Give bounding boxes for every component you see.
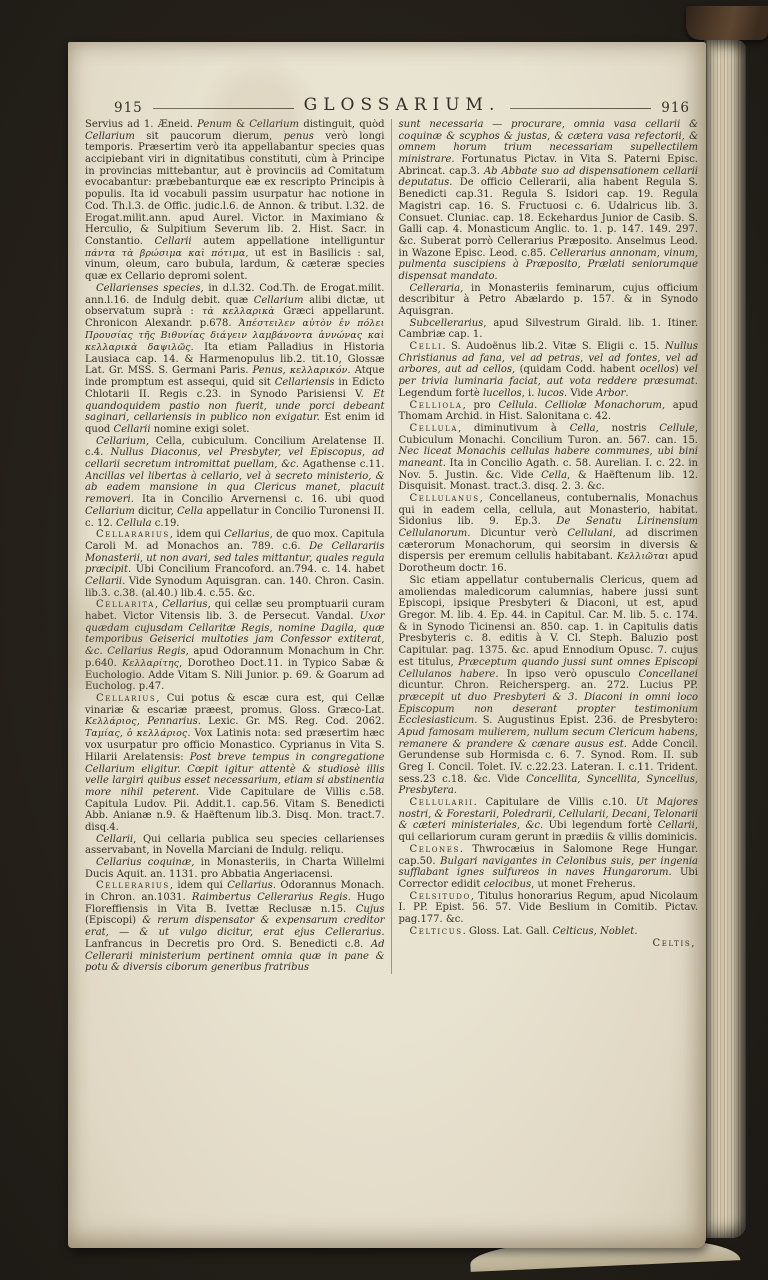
text-run: Cellerarius — [96, 880, 170, 891]
page-number-left: 915 — [114, 100, 143, 116]
text-run: Celli — [410, 341, 443, 352]
text-run: τὰ κελλαρικὰ — [202, 306, 275, 317]
text-run: Cellarius — [227, 880, 272, 891]
text-block: Servius ad 1. Æneid. Penum & Cellarium d… — [68, 117, 706, 974]
text-run: Sic etiam appellatur contubernalis Cleri… — [399, 575, 699, 668]
paragraph: Celliola, pro Cellula. Celliolæ Monachor… — [399, 400, 699, 423]
text-run: Bulgari navigantes in Celonibus suis, pe… — [399, 856, 699, 879]
text-run: Raimbertus Cellerarius Regis. — [192, 892, 351, 903]
text-run: Cella — [570, 423, 596, 434]
text-run: De officio Cellerarii, alia habent Regul… — [399, 177, 699, 258]
text-run: Cellulani — [567, 528, 612, 539]
text-run: , nostris — [596, 423, 660, 434]
paragraph: Sic etiam appellatur contubernalis Cleri… — [399, 575, 699, 797]
paragraph: Cellulanus, Concellaneus, contubernalis,… — [399, 493, 699, 575]
paragraph: Cellarius, Cui potus & escæ cura est, qu… — [85, 693, 385, 834]
text-run: , idem qui — [170, 880, 227, 891]
text-run: Concellanei — [638, 669, 698, 680]
text-run: Ubi legendum fortè — [543, 820, 658, 831]
text-run: dicuntur. Chron. Reichersperg. an. 272. … — [399, 680, 699, 691]
text-run: Cellularii — [410, 797, 474, 808]
text-run: , idem qui — [170, 529, 224, 540]
paragraph: Celsitudo, Titulus honorarius Regum, apu… — [399, 891, 699, 926]
text-run: S. Augustinus Epist. 236. de Presbytero: — [477, 715, 698, 726]
book-scan: 915 GLOSSARIUM. 916 Servius ad 1. Æneid.… — [0, 0, 768, 1280]
text-run: dicitur, — [135, 506, 177, 517]
text-run: Lexic. Gr. MS. Reg. Cod. 2062. — [201, 716, 385, 727]
text-run: Cellararius — [96, 529, 170, 540]
page-title: GLOSSARIUM. — [304, 95, 501, 115]
text-run: celocibus — [484, 879, 532, 890]
text-run: Celsitudo — [410, 891, 471, 902]
paragraph: Cellarienses species, in d.l.32. Cod.Th.… — [85, 283, 385, 436]
book-page: 915 GLOSSARIUM. 916 Servius ad 1. Æneid.… — [68, 42, 706, 1248]
text-run: Celticus, Noblet. — [553, 926, 638, 937]
text-run: ) — [675, 364, 683, 375]
text-run: . Capitulare de Villis c.10. — [474, 797, 636, 808]
text-run: . S. Audoënus lib.2. Vitæ S. Eligii c. 1… — [442, 341, 665, 352]
text-run: In ipso verò opusculo — [499, 669, 639, 680]
text-run: penus — [284, 131, 314, 142]
text-run: . — [625, 388, 628, 399]
text-run: Servius ad 1. Æneid. — [85, 119, 197, 130]
text-run: , i. — [522, 388, 538, 399]
paragraph: Cellarita, Cellarius, qui cellæ seu prom… — [85, 599, 385, 693]
text-run: nomine exigi solet. — [151, 424, 250, 435]
text-run: . Gloss. Lat. Gall. — [463, 926, 553, 937]
text-run: Penum — [197, 119, 232, 130]
text-run: Ubi Concilium Francoford. an.794. c. 14.… — [131, 564, 384, 575]
text-run: . Vide Synodum Aquisgran. can. 140. Chro… — [85, 576, 385, 599]
text-run: Cella — [177, 506, 203, 517]
paragraph: Celones. Thwrocæius in Salomone Rege Hun… — [399, 844, 699, 891]
text-run: lucos — [538, 388, 564, 399]
text-run: Cellarius — [96, 693, 156, 704]
text-run: Legendum fortè — [399, 388, 483, 399]
text-run: Κελλαρίτης — [122, 658, 179, 669]
text-run: , — [137, 716, 147, 727]
text-run: Dicuntur verò — [470, 528, 567, 539]
paragraph: Celleraria, in Monasteriis feminarum, cu… — [399, 283, 699, 318]
text-run: Ταμίας, ὁ κελλάριος. — [85, 728, 191, 739]
text-run: Penus — [252, 365, 282, 376]
text-run: Cellarii — [96, 834, 133, 845]
text-run: Arbor — [596, 388, 625, 399]
text-run: , pro — [463, 400, 499, 411]
text-run: c.19. — [152, 518, 180, 529]
text-run: Cellule — [659, 423, 695, 434]
paragraph: Servius ad 1. Æneid. Penum & Cellarium d… — [85, 119, 385, 283]
paragraph: Cellarius coquinæ, in Monasteriis, in Ch… — [85, 857, 385, 880]
text-run: , ut monet Freherus. — [531, 879, 636, 890]
text-run: Agathense c.11. — [299, 459, 385, 470]
text-run: Celones — [410, 844, 460, 855]
paragraph: Cellarium, Cella, cubiculum. Concilium A… — [85, 436, 385, 530]
paragraph: Celticus. Gloss. Lat. Gall. Celticus, No… — [399, 926, 699, 938]
text-run: Cellula — [116, 518, 152, 529]
text-run: Celticus — [410, 926, 463, 937]
text-run: (quidam Codd. habent — [515, 364, 640, 375]
text-run: , diminutivum à — [458, 423, 570, 434]
paragraph: Celli. S. Audoënus lib.2. Vitæ S. Eligii… — [399, 341, 699, 399]
text-run: Cellarita — [96, 599, 155, 610]
text-run: Cellarius — [162, 599, 207, 610]
text-run: Cellarii — [85, 576, 122, 587]
text-run: Κελλιῶται — [617, 551, 669, 562]
text-run: lucellos — [483, 388, 522, 399]
running-head: 915 GLOSSARIUM. 916 — [68, 42, 706, 117]
header-rule-left — [153, 108, 294, 109]
text-run: Cellarius coquinæ, — [96, 857, 194, 868]
text-run: autem appellatione intelliguntur — [192, 236, 385, 247]
text-run: , — [283, 365, 290, 376]
text-run: πάντα τὰ βρώσιμα καὶ πότιμα, — [85, 248, 248, 259]
text-run: Cellariensis — [275, 377, 335, 388]
text-run: Cella — [541, 470, 567, 481]
text-run: Cellarium — [249, 119, 299, 130]
text-run: Κελλάριος — [85, 716, 137, 727]
text-run: & — [232, 119, 249, 130]
text-run: Cellarium — [85, 131, 135, 142]
text-run: distinguit, quòd — [299, 119, 384, 130]
text-run: Cujus — [356, 904, 385, 915]
paragraph: sunt necessaria — procurare, omnia vasa … — [399, 119, 699, 283]
column-left-paragraphs: Servius ad 1. Æneid. Penum & Cellarium d… — [85, 119, 385, 974]
text-run: Cellula. Celliolæ Monachorum, — [498, 400, 665, 411]
text-run: . Vide — [564, 388, 596, 399]
text-run: Lanfrancus in Decretis pro Ord. S. Bened… — [85, 939, 371, 950]
paragraph: Cellararius, idem qui Cellarius, de quo … — [85, 529, 385, 599]
text-run: sit paucorum dierum, — [135, 131, 284, 142]
text-run: Cellula — [410, 423, 458, 434]
text-column-left: Servius ad 1. Æneid. Penum & Cellarium d… — [85, 119, 391, 974]
text-run: Cellarium — [85, 506, 135, 517]
book-fore-edge — [704, 40, 746, 1238]
paragraph: Subcellerarius, apud Silvestrum Girald. … — [399, 318, 699, 341]
text-run: ocellos — [640, 364, 675, 375]
paragraph: Cellularii. Capitulare de Villis c.10. U… — [399, 797, 699, 844]
text-run: Ita in Concilio Arvernensi c. 16. ubi qu… — [134, 494, 385, 505]
book-binding — [686, 6, 768, 40]
text-run: Cellarii — [658, 820, 695, 831]
column-right-paragraphs: sunt necessaria — procurare, omnia vasa … — [399, 119, 699, 937]
text-run: , — [155, 599, 162, 610]
text-run: Subcellerarius — [410, 318, 484, 329]
text-run: Celliola — [410, 400, 463, 411]
text-run: Celleraria, — [410, 283, 464, 294]
text-run: Cellarienses species, — [96, 283, 204, 294]
text-run: Cellulanus — [410, 493, 480, 504]
text-run: Cellarius — [224, 529, 269, 540]
text-run: Cellarii — [113, 424, 150, 435]
header-rule-right — [510, 108, 651, 109]
text-column-right: sunt necessaria — procurare, omnia vasa … — [391, 119, 699, 974]
text-run: Cellarii — [155, 236, 192, 247]
paragraph: Cellula, diminutivum à Cella, nostris Ce… — [399, 423, 699, 493]
catchword: Celtis, — [399, 937, 699, 950]
text-run: verò longi temporis. Præsertim verò ita … — [85, 131, 385, 247]
text-run: κελλαρικόν. — [290, 365, 351, 376]
text-run: (Episcopi) — [85, 915, 142, 926]
text-run: Pennarius. — [147, 716, 201, 727]
text-run: Cellarium — [254, 295, 304, 306]
paragraph: Cellarii, Qui cellaria publica seu speci… — [85, 834, 385, 857]
paragraph: Cellerarius, idem qui Cellarius. Odorann… — [85, 880, 385, 974]
text-run: Cellarium, — [96, 436, 149, 447]
page-number-right: 916 — [661, 100, 690, 116]
